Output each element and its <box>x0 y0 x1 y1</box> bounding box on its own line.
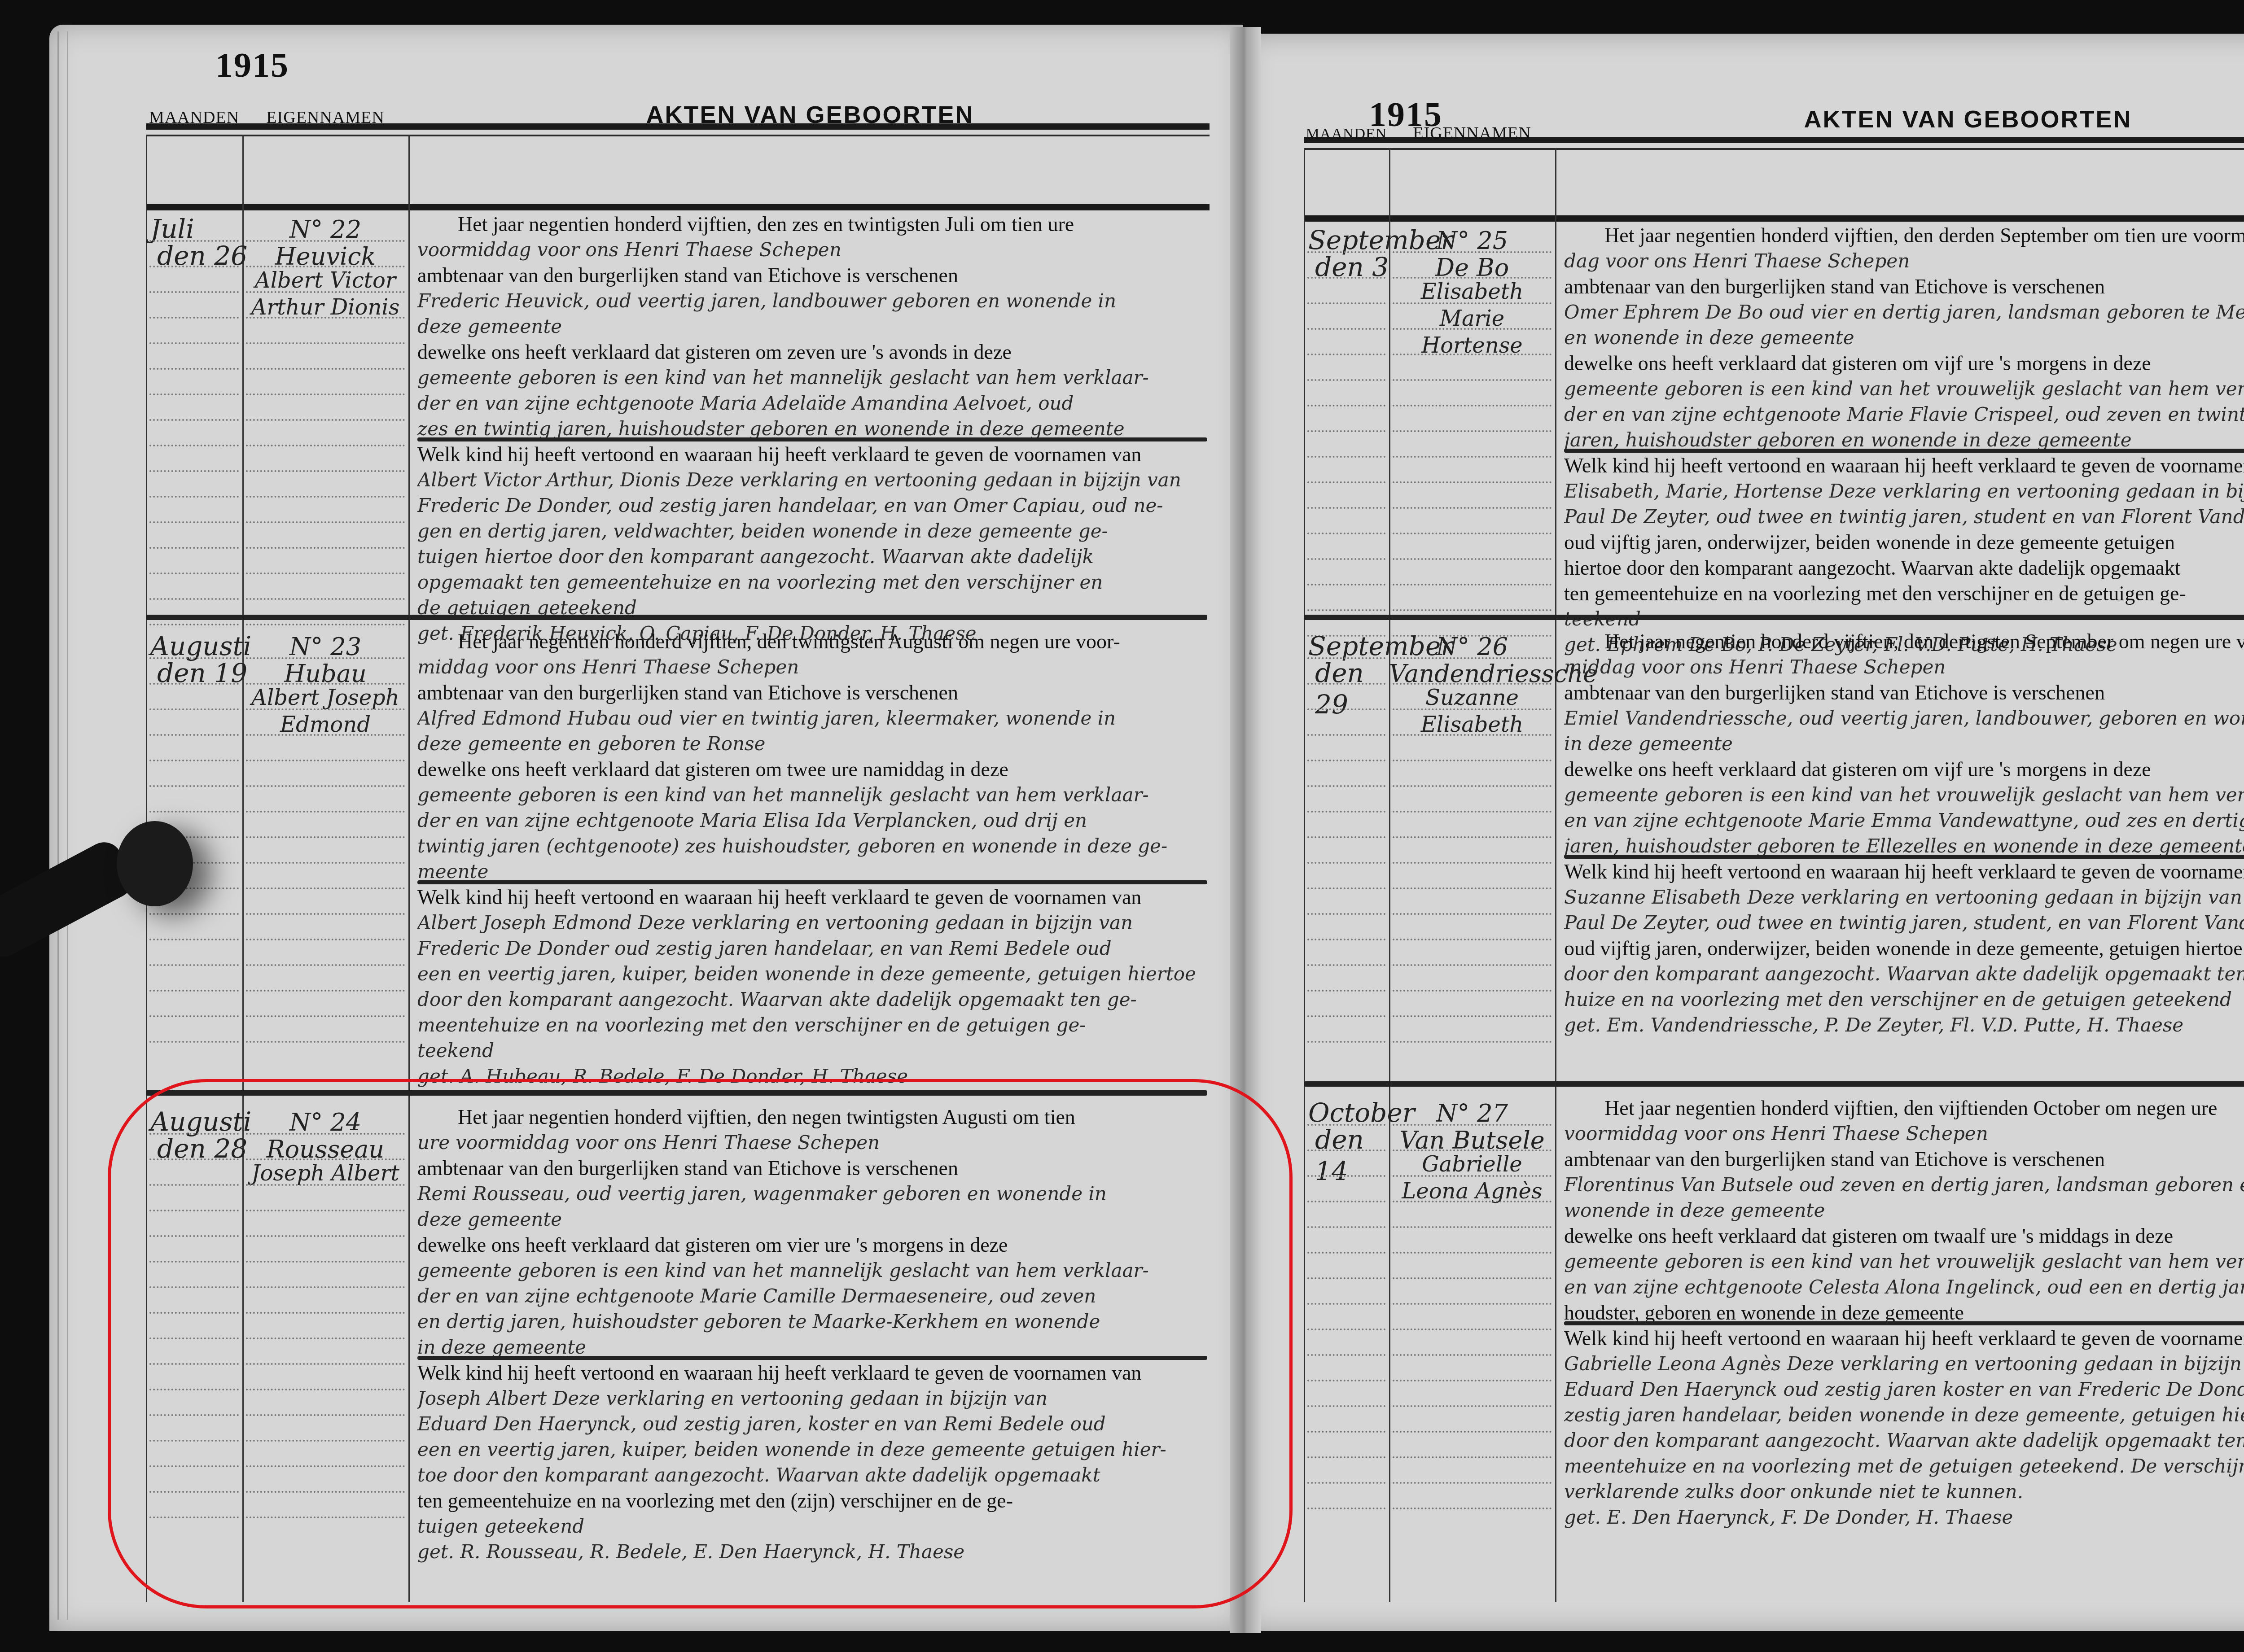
entry-text-line: ambtenaar van den burgerlijken stand van… <box>1564 1146 2244 1173</box>
entry-given-names: Suzanne Elisabeth <box>1394 684 1551 738</box>
entry-text-line: deze gemeente en geboren te Ronse <box>417 730 1207 757</box>
entry-text-line: Emiel Vandendriessche, oud veertig jaren… <box>1564 705 2244 732</box>
entry-text-line: zestig jaren handelaar, beiden wonende i… <box>1564 1402 2244 1429</box>
ruled-line <box>246 317 405 319</box>
ruled-line <box>149 393 239 395</box>
header-bottom-rule <box>146 204 1210 210</box>
ruled-line <box>149 708 239 710</box>
entry-text-line: gen en dertig jaren, veldwachter, beiden… <box>417 518 1207 545</box>
ruled-line <box>246 760 405 761</box>
section-separator <box>417 880 1207 884</box>
ruled-line <box>246 445 405 446</box>
ruled-line <box>1393 708 1552 710</box>
entry-text-line: wonende in deze gemeente <box>1564 1197 2244 1224</box>
ruled-line <box>149 1041 239 1043</box>
entry-text-line: huize en na voorlezing met den verschijn… <box>1564 986 2244 1013</box>
entry-separator <box>146 615 1207 620</box>
ruled-line <box>1393 481 1552 483</box>
ruled-line <box>246 419 405 421</box>
ruled-line <box>1307 405 1385 406</box>
ruled-line <box>246 598 405 600</box>
right-col-divider-1 <box>1389 148 1390 1602</box>
entry-separator <box>1304 615 2244 620</box>
ruled-line <box>1393 939 1552 940</box>
ruled-line <box>1393 1226 1552 1228</box>
ruled-line <box>1307 507 1385 509</box>
ruled-line <box>1307 430 1385 432</box>
ruled-line <box>1393 1380 1552 1381</box>
entry-text-line: voormiddag voor ons Henri Thaese Schepen <box>1564 1120 2244 1147</box>
ruled-line <box>1307 708 1385 710</box>
ruled-line <box>1393 1041 1552 1043</box>
entry-text-line: dewelke ons heeft verklaard dat gisteren… <box>1564 350 2244 377</box>
ruled-line <box>149 598 239 600</box>
ruled-line <box>1307 1201 1385 1202</box>
ruled-line <box>1307 302 1385 304</box>
entry-text-line: get. Em. Vandendriessche, P. De Zeyter, … <box>1564 1012 2244 1039</box>
entry-text-line: Het jaar negentien honderd vijftien, den… <box>458 211 1207 238</box>
section-separator <box>417 437 1207 441</box>
entry-text-line: Suzanne Elisabeth Deze verklaring en ver… <box>1564 884 2244 911</box>
red-highlight-circle <box>108 1079 1293 1608</box>
ruled-line <box>1393 760 1552 761</box>
ruled-line <box>1393 302 1552 304</box>
binding-clip <box>0 808 211 951</box>
ruled-line <box>149 734 239 736</box>
entry-text-line: dewelke ons heeft verklaard dat gisteren… <box>417 756 1207 783</box>
entry-day: den 14 <box>1315 1124 1400 1187</box>
ruled-line <box>1393 354 1552 355</box>
ruled-line <box>1393 734 1552 736</box>
ruled-line <box>1307 533 1385 534</box>
ruled-line <box>1393 913 1552 915</box>
header-top-rule-thin <box>146 135 1210 136</box>
ruled-line <box>149 964 239 966</box>
ruled-line <box>1307 1303 1385 1305</box>
entry-text-line: oud vijftig jaren, onderwijzer, beiden w… <box>1564 529 2244 556</box>
ruled-line <box>1393 609 1552 611</box>
ruled-line <box>149 624 239 625</box>
entry-text-line: gemeente geboren is een kind van het vro… <box>1564 1248 2244 1275</box>
ruled-line <box>149 317 239 319</box>
entry-text-line: der en van zijne echtgenoote Maria Elisa… <box>417 807 1207 834</box>
ruled-line <box>1393 1277 1552 1279</box>
ruled-line <box>1307 277 1385 279</box>
entry-text-line: Welk kind hij heeft vertoond en waaraan … <box>1564 1325 2244 1352</box>
entry-text-line: Frederic De Donder, oud zestig jaren han… <box>417 492 1207 519</box>
ruled-line <box>1307 964 1385 966</box>
ruled-line <box>1393 558 1552 560</box>
right-header-bottom-rule <box>1304 215 2244 222</box>
ruled-line <box>1307 657 1385 659</box>
entry-text-line: Paul De Zeyter, oud twee en twintig jare… <box>1564 909 2244 936</box>
entry-text-line: dewelke ons heeft verklaard dat gisteren… <box>1564 756 2244 783</box>
ruled-line <box>1393 405 1552 406</box>
ruled-line <box>1307 734 1385 736</box>
ruled-line <box>246 573 405 574</box>
ruled-line <box>1307 785 1385 787</box>
ruled-line <box>1393 430 1552 432</box>
left-page-year: 1915 <box>215 45 289 85</box>
ruled-line <box>246 913 405 915</box>
ruled-line <box>246 368 405 370</box>
ruled-line <box>149 496 239 498</box>
ruled-line <box>149 683 239 685</box>
ruled-line <box>1393 1124 1552 1126</box>
ruled-line <box>1307 913 1385 915</box>
ruled-line <box>1307 760 1385 761</box>
ruled-line <box>1393 584 1552 586</box>
ruled-line <box>1307 1226 1385 1228</box>
ruled-line <box>246 811 405 813</box>
entry-text-line: Het jaar negentien honderd vijftien, den… <box>1604 1095 2244 1122</box>
entry-text-line: middag voor ons Henri Thaese Schepen <box>1564 654 2244 681</box>
entry-text-line: hiertoe door den komparant aangezocht. W… <box>1564 555 2244 581</box>
section-separator <box>1564 1321 2244 1325</box>
ruled-line <box>149 657 239 659</box>
ruled-line <box>149 470 239 472</box>
entry-text-line: door den komparant aangezocht. Waarvan a… <box>417 986 1207 1013</box>
entry-text-line: dewelke ons heeft verklaard dat gisteren… <box>1564 1223 2244 1250</box>
ruled-line <box>1307 1124 1385 1126</box>
ruled-line <box>1307 1041 1385 1043</box>
ruled-line <box>1307 379 1385 381</box>
ruled-line <box>246 990 405 992</box>
entry-text-line: en wonende in deze gemeente <box>1564 324 2244 351</box>
section-separator <box>1564 449 2244 453</box>
ruled-line <box>1393 277 1552 279</box>
clip-head <box>117 821 193 906</box>
left-page-title: AKTEN VAN GEBOORTEN <box>408 101 1212 129</box>
ruled-line <box>246 291 405 293</box>
entry-text-line: deze gemeente <box>417 313 1207 340</box>
ruled-line <box>1393 1431 1552 1433</box>
right-table-edge <box>1304 148 1305 1602</box>
ruled-line <box>246 240 405 242</box>
ruled-line <box>1393 990 1552 992</box>
ruled-line <box>246 862 405 864</box>
entry-text-line: Frederic De Donder oud zestig jaren hand… <box>417 935 1207 962</box>
ruled-line <box>1307 1431 1385 1433</box>
entry-text-line: Welk kind hij heeft vertoond en waaraan … <box>1564 452 2244 479</box>
ruled-line <box>246 624 405 625</box>
ruled-line <box>1393 1405 1552 1407</box>
entry-text-line: gemeente geboren is een kind van het man… <box>417 364 1207 391</box>
ruled-line <box>149 760 239 761</box>
ruled-line <box>149 291 239 293</box>
ruled-line <box>246 657 405 659</box>
ruled-line <box>149 573 239 574</box>
ruled-line <box>149 368 239 370</box>
right-col-divider-2 <box>1555 148 1556 1602</box>
ruled-line <box>1307 354 1385 355</box>
entry-text-line: gemeente geboren is een kind van het man… <box>417 782 1207 809</box>
entry-text-line: ambtenaar van den burgerlijken stand van… <box>417 679 1207 706</box>
entry-text-line: gemeente geboren is een kind van het vro… <box>1564 376 2244 402</box>
ruled-line <box>246 470 405 472</box>
entry-text-line: voormiddag voor ons Henri Thaese Schepen <box>417 236 1207 263</box>
ruled-line <box>149 547 239 549</box>
ruled-line <box>246 393 405 395</box>
ruled-line <box>149 240 239 242</box>
ruled-line <box>1307 939 1385 940</box>
entry-text-line: door den komparant aangezocht. Waarvan a… <box>1564 961 2244 988</box>
ruled-line <box>1307 609 1385 611</box>
entry-text-line: Alfred Edmond Hubau oud vier en twintig … <box>417 705 1207 732</box>
ruled-line <box>1307 1175 1385 1177</box>
ruled-line <box>1307 1380 1385 1381</box>
ruled-line <box>149 266 239 267</box>
ruled-line <box>149 342 239 344</box>
ruled-line <box>246 547 405 549</box>
ruled-line <box>246 1015 405 1017</box>
ruled-line <box>1393 251 1552 253</box>
ruled-line <box>1393 1303 1552 1305</box>
ruled-line <box>1307 1329 1385 1330</box>
entry-text-line: Het jaar negentien honderd vijftien, den… <box>458 628 1207 655</box>
right-page-title: AKTEN VAN GEBOORTEN <box>1555 105 2244 133</box>
entry-text-line: verklarende zulks door onkunde niet te k… <box>1564 1478 2244 1505</box>
entry-text-line: Welk kind hij heeft vertoond en waaraan … <box>417 884 1207 911</box>
ruled-line <box>246 1041 405 1043</box>
ruled-line <box>246 785 405 787</box>
entry-separator <box>1304 1081 2244 1087</box>
ruled-line <box>246 708 405 710</box>
entry-text-line: Eduard Den Haerynck oud zestig jaren kos… <box>1564 1376 2244 1403</box>
ruled-line <box>1393 862 1552 864</box>
ruled-line <box>149 990 239 992</box>
ruled-line <box>1307 1456 1385 1458</box>
ruled-line <box>246 734 405 736</box>
entry-text-line: Albert Joseph Edmond Deze verklaring en … <box>417 909 1207 936</box>
ruled-line <box>1307 481 1385 483</box>
entry-text-line: en van zijne echtgenoote Marie Emma Vand… <box>1564 807 2244 834</box>
entry-text-line: opgemaakt ten gemeentehuize en na voorle… <box>417 569 1207 596</box>
entry-text-line: ten gemeentehuize en na voorlezing met d… <box>1564 580 2244 607</box>
entry-text-line: Welk kind hij heeft vertoond en waaraan … <box>417 441 1207 468</box>
ruled-line <box>1307 1252 1385 1254</box>
ruled-line <box>1393 785 1552 787</box>
ruled-line <box>1307 862 1385 864</box>
ruled-line <box>149 419 239 421</box>
ruled-line <box>1393 1015 1552 1017</box>
right-header-top-rule-thin <box>1304 148 2244 150</box>
ruled-line <box>1393 1482 1552 1484</box>
entry-text-line: Het jaar negentien honderd vijftien, den… <box>1604 628 2244 655</box>
ruled-line <box>246 266 405 267</box>
entry-text-line: twintig jaren (echtgenoote) zes huishoud… <box>417 833 1207 860</box>
ruled-line <box>1393 456 1552 458</box>
ruled-line <box>1393 1201 1552 1202</box>
ruled-line <box>246 836 405 838</box>
ruled-line <box>246 496 405 498</box>
entry-text-line: door den komparant aangezocht. Waarvan a… <box>1564 1427 2244 1454</box>
entry-text-line: tuigen hiertoe door den komparant aangez… <box>417 543 1207 570</box>
ruled-line <box>1307 836 1385 838</box>
ruled-line <box>1393 964 1552 966</box>
entry-text-line: Omer Ephrem De Bo oud vier en dertig jar… <box>1564 299 2244 326</box>
ruled-line <box>1307 558 1385 560</box>
ruled-line <box>1393 1354 1552 1356</box>
entry-text-line: een en veertig jaren, kuiper, beiden won… <box>417 961 1207 988</box>
left-col-months-header: MAANDEN <box>146 108 242 127</box>
entry-given-names: Elisabeth Marie Hortense <box>1394 278 1551 359</box>
entry-text-line: get. E. Den Haerynck, F. De Donder, H. T… <box>1564 1504 2244 1531</box>
entry-text-line: Albert Victor Arthur, Dionis Deze verkla… <box>417 467 1207 494</box>
left-col-names-header: EIGENNAMEN <box>242 108 408 127</box>
entry-text-line: Frederic Heuvick, oud veertig jaren, lan… <box>417 288 1207 315</box>
entry-text-line: ambtenaar van den burgerlijken stand van… <box>1564 679 2244 706</box>
ruled-line <box>1393 887 1552 889</box>
entry-text-line: ambtenaar van den burgerlijken stand van… <box>417 262 1207 289</box>
entry-text-line: Welk kind hij heeft vertoond en waaraan … <box>1564 858 2244 885</box>
entry-text-line: oud vijftig jaren, onderwijzer, beiden w… <box>1564 935 2244 962</box>
section-separator <box>1564 855 2244 859</box>
ruled-line <box>1307 1508 1385 1509</box>
entry-text-line: in deze gemeente <box>1564 730 2244 757</box>
entry-text-line: dag voor ons Henri Thaese Schepen <box>1564 248 2244 275</box>
ruled-line <box>246 521 405 523</box>
entry-given-names: Albert Victor Arthur Dionis <box>247 267 404 321</box>
ruled-line <box>1307 1277 1385 1279</box>
entry-text-line: teekend <box>417 1037 1207 1064</box>
entry-text-line: Gabrielle Leona Agnès Deze verklaring en… <box>1564 1350 2244 1377</box>
ruled-line <box>1393 533 1552 534</box>
entry-text-line: Het jaar negentien honderd vijftien, den… <box>1604 222 2244 249</box>
entry-day: den 29 <box>1315 657 1400 720</box>
entry-text-line: ambtenaar van den burgerlijken stand van… <box>1564 273 2244 300</box>
entry-text-line: en van zijne echtgenoote Celesta Alona I… <box>1564 1274 2244 1301</box>
entry-text-line: der en van zijne echtgenoote Marie Flavi… <box>1564 401 2244 428</box>
ruled-line <box>149 785 239 787</box>
ruled-line <box>1393 1456 1552 1458</box>
ruled-line <box>1393 507 1552 509</box>
ruled-line <box>246 964 405 966</box>
ruled-line <box>1393 1329 1552 1330</box>
ruled-line <box>149 521 239 523</box>
entry-text-line: dewelke ons heeft verklaard dat gisteren… <box>417 339 1207 366</box>
ruled-line <box>1393 683 1552 685</box>
right-col-months-header: MAANDEN <box>1304 126 1389 143</box>
entry-text-line: meentehuize en na voorlezing met de getu… <box>1564 1453 2244 1480</box>
ruled-line <box>1307 1405 1385 1407</box>
ruled-line <box>1307 1354 1385 1356</box>
ruled-line <box>1307 328 1385 330</box>
ruled-line <box>1307 1015 1385 1017</box>
ruled-line <box>1393 379 1552 381</box>
ruled-line <box>1393 1252 1552 1254</box>
entry-text-line: Elisabeth, Marie, Hortense Deze verklari… <box>1564 478 2244 505</box>
ruled-line <box>1307 251 1385 253</box>
ruled-line <box>246 342 405 344</box>
ruled-line <box>246 683 405 685</box>
ruled-line <box>1393 328 1552 330</box>
entry-text-line: Florentinus Van Butsele oud zeven en der… <box>1564 1171 2244 1198</box>
ruled-line <box>1393 657 1552 659</box>
ruled-line <box>1393 836 1552 838</box>
ruled-line <box>1393 1508 1552 1509</box>
entry-given-names: Gabrielle Leona Agnès <box>1394 1151 1551 1205</box>
ruled-line <box>149 445 239 446</box>
ruled-line <box>1307 1149 1385 1151</box>
ruled-line <box>1393 811 1552 813</box>
entry-text-line: meentehuize en na voorlezing met den ver… <box>417 1012 1207 1039</box>
entry-text-line: Paul De Zeyter, oud twee en twintig jare… <box>1564 503 2244 530</box>
ruled-line <box>1307 811 1385 813</box>
ruled-line <box>1307 584 1385 586</box>
ruled-line <box>149 1015 239 1017</box>
right-col-names-header: EIGENNAMEN <box>1389 123 1555 143</box>
entry-text-line: gemeente geboren is een kind van het vro… <box>1564 782 2244 809</box>
entry-given-names: Albert Joseph Edmond <box>247 684 404 738</box>
ruled-line <box>1393 1175 1552 1177</box>
entry-text-line: middag voor ons Henri Thaese Schepen <box>417 654 1207 681</box>
ruled-line <box>1393 1149 1552 1151</box>
ruled-line <box>1307 990 1385 992</box>
ruled-line <box>246 887 405 889</box>
ruled-line <box>1307 456 1385 458</box>
ruled-line <box>1307 887 1385 889</box>
ruled-line <box>246 939 405 940</box>
entry-text-line: der en van zijne echtgenoote Maria Adela… <box>417 390 1207 417</box>
ruled-line <box>1307 1482 1385 1484</box>
ruled-line <box>1307 683 1385 685</box>
